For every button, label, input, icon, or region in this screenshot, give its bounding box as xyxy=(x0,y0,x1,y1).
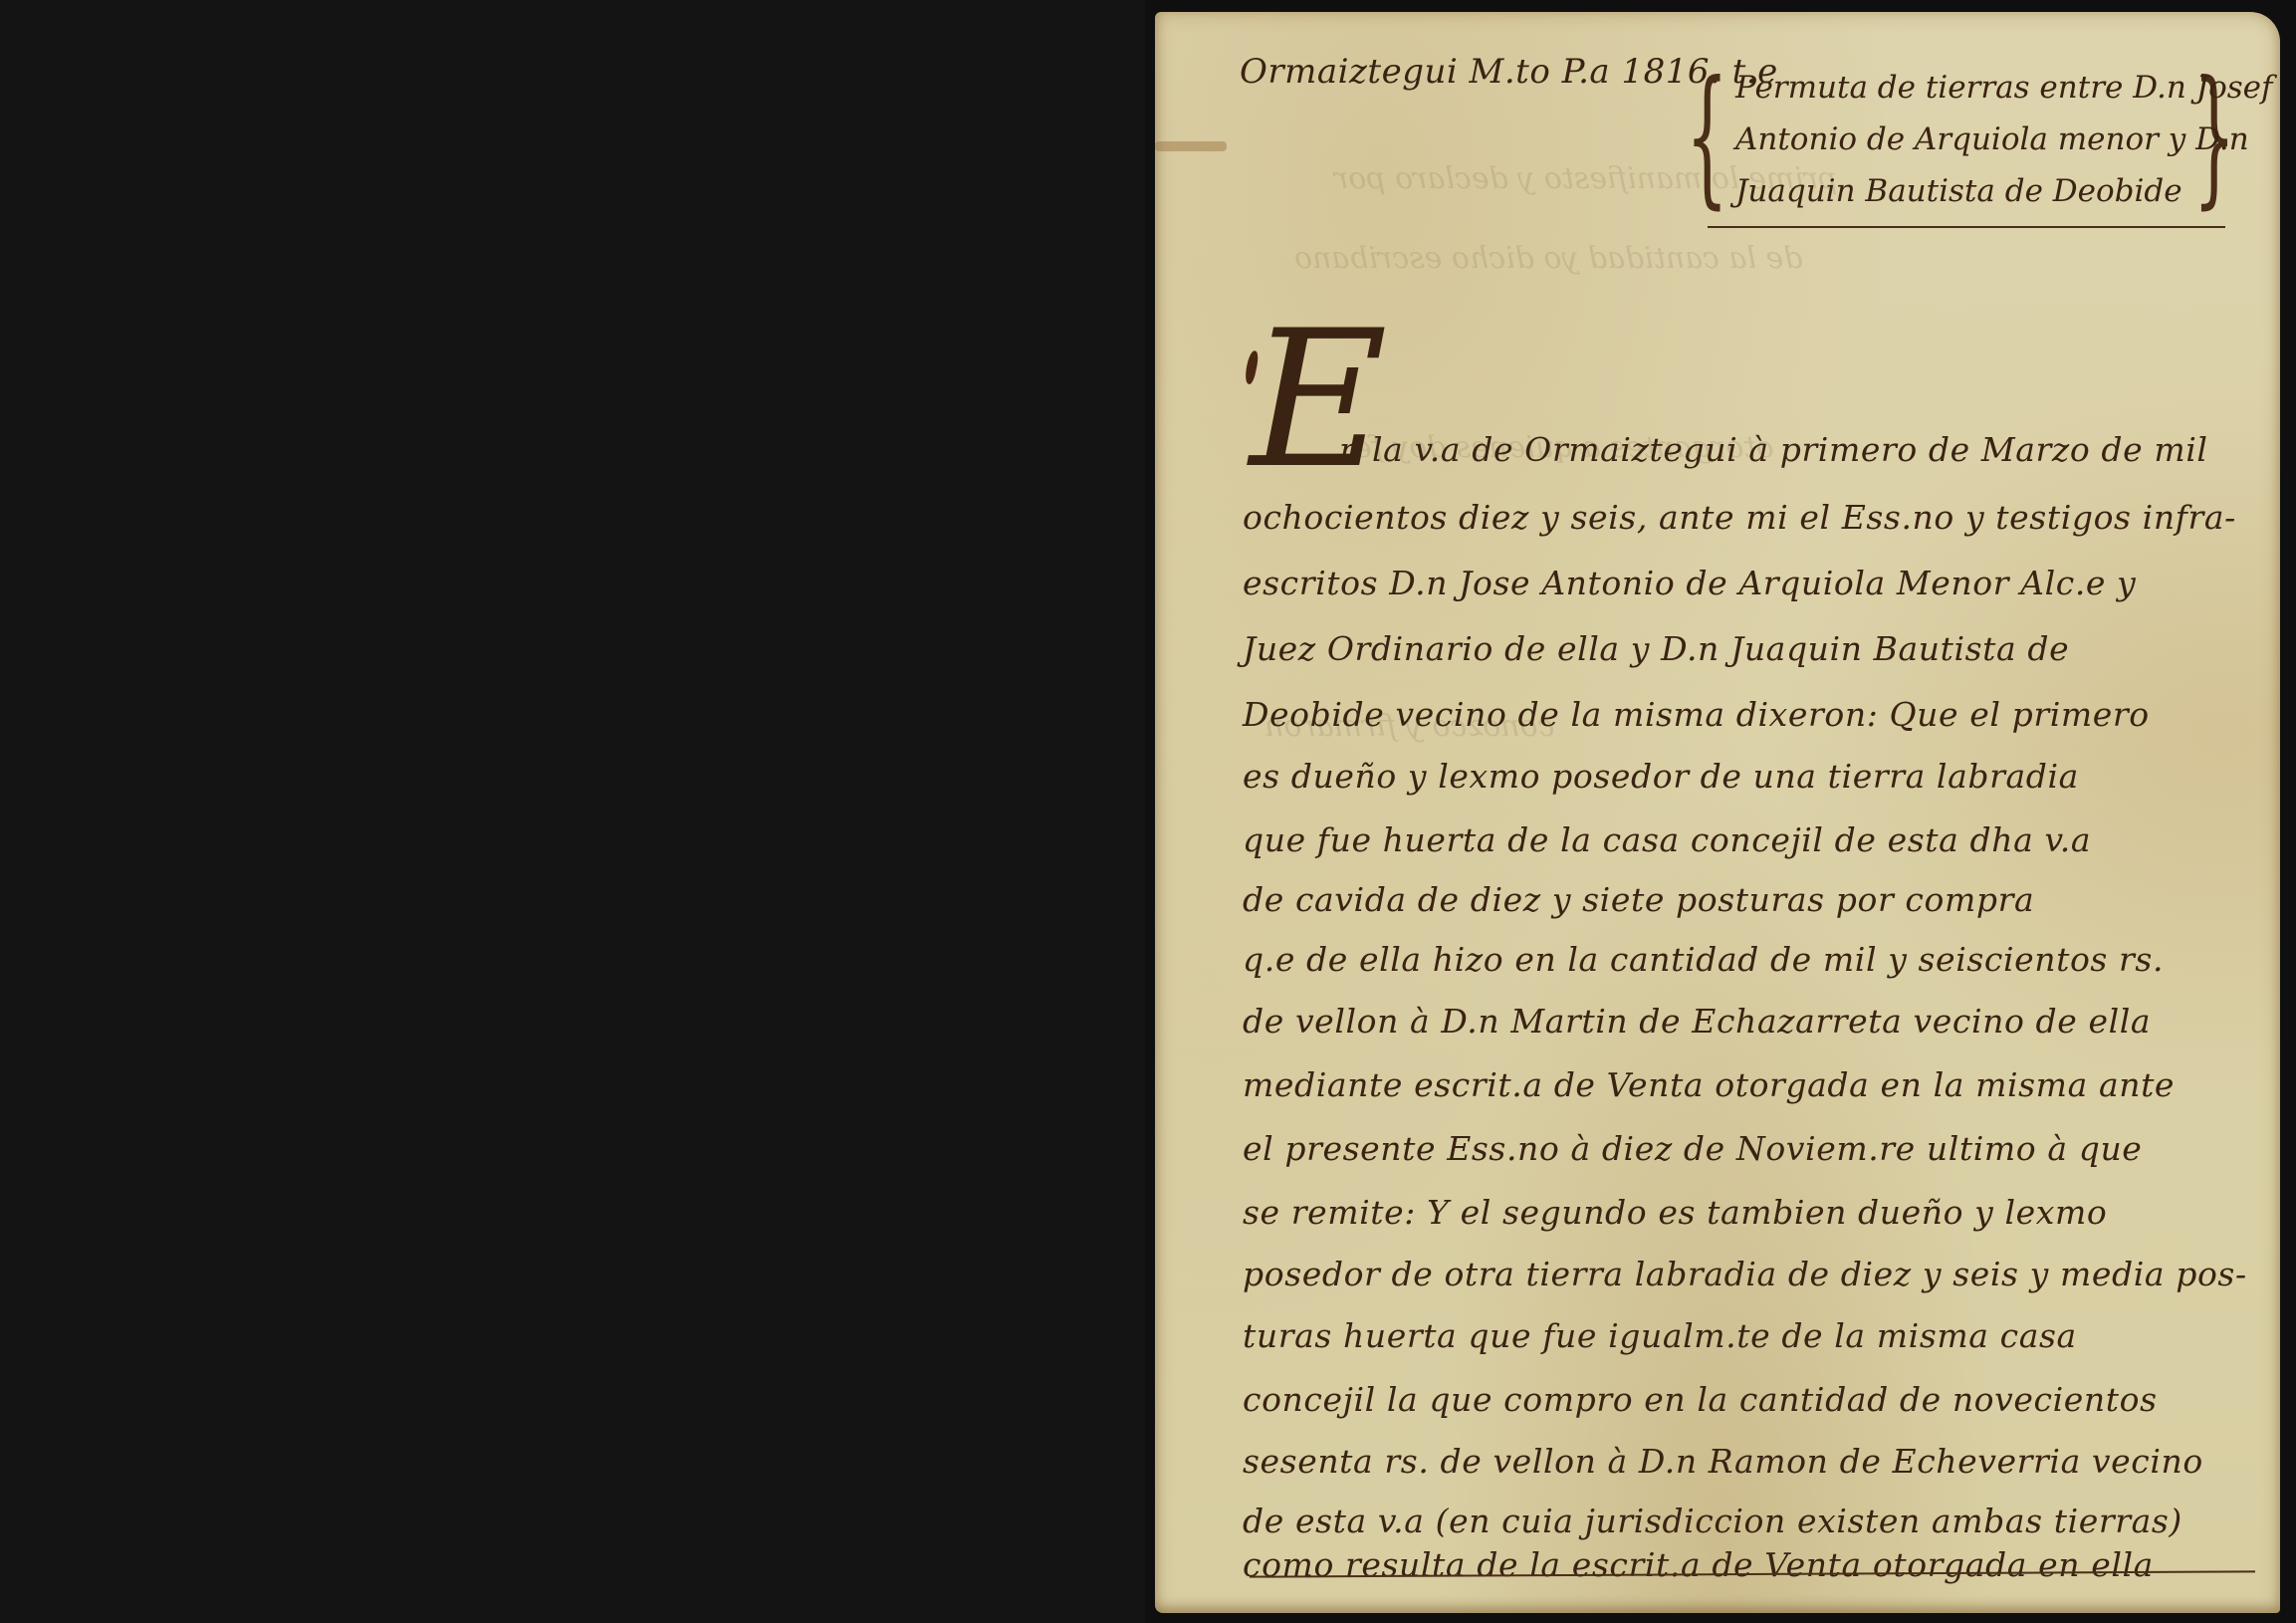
margin-stain xyxy=(1155,141,1227,151)
title-line: Antonio de Arquiola menor y D.n xyxy=(1735,121,2249,157)
body-line: q.e de ella hizo en la cantidad de mil y… xyxy=(1243,940,2164,979)
body-line: posedor de otra tierra labradia de diez … xyxy=(1243,1255,2247,1293)
body-line: turas huerta que fue igualm.te de la mis… xyxy=(1243,1316,2077,1355)
body-line: concejil la que compro en la cantidad de… xyxy=(1243,1380,2158,1419)
title-line: Permuta de tierras entre D.n Josef xyxy=(1735,70,2272,106)
manuscript-page: prime lo manifiesto y declaro por de la … xyxy=(1155,12,2280,1613)
body-line: el presente Ess.no à diez de Noviem.re u… xyxy=(1243,1129,2142,1168)
body-line: como resulta de la escrit.a de Venta oto… xyxy=(1243,1545,2154,1584)
body-line: se remite: Y el segundo es tambien dueño… xyxy=(1243,1193,2107,1232)
body-line: de vellon à D.n Martin de Echazarreta ve… xyxy=(1243,1002,2151,1041)
body-line: de cavida de diez y siete posturas por c… xyxy=(1243,880,2034,919)
left-brace-icon: { xyxy=(1686,62,1728,211)
body-line: Juez Ordinario de ella y D.n Juaquin Bau… xyxy=(1243,629,2069,668)
body-line: n la v.a de Ormaiztegui à primero de Mar… xyxy=(1339,430,2208,469)
body-line: Deobide vecino de la misma dixeron: Que … xyxy=(1243,695,2150,734)
body-line: ochocientos diez y seis, ante mi el Ess.… xyxy=(1243,498,2236,537)
empty-dark-panel xyxy=(0,0,1145,1623)
title-box: { } Permuta de tierras entre D.n Josef A… xyxy=(1708,52,2225,228)
bleed-through-text: de la cantidad yo dicho escribano xyxy=(1294,241,1802,276)
body-line: sesenta rs. de vellon à D.n Ramon de Ech… xyxy=(1243,1442,2203,1481)
body-line: es dueño y lexmo posedor de una tierra l… xyxy=(1243,757,2079,796)
body-line: mediante escrit.a de Venta otorgada en l… xyxy=(1243,1065,2175,1104)
title-line: Juaquin Bautista de Deobide xyxy=(1735,173,2182,209)
body-line: de esta v.a (en cuia jurisdiccion existe… xyxy=(1243,1502,2182,1540)
body-line: escritos D.n Jose Antonio de Arquiola Me… xyxy=(1243,564,2136,602)
image-viewer: prime lo manifiesto y declaro por de la … xyxy=(0,0,2296,1623)
body-line: que fue huerta de la casa concejil de es… xyxy=(1243,820,2091,859)
